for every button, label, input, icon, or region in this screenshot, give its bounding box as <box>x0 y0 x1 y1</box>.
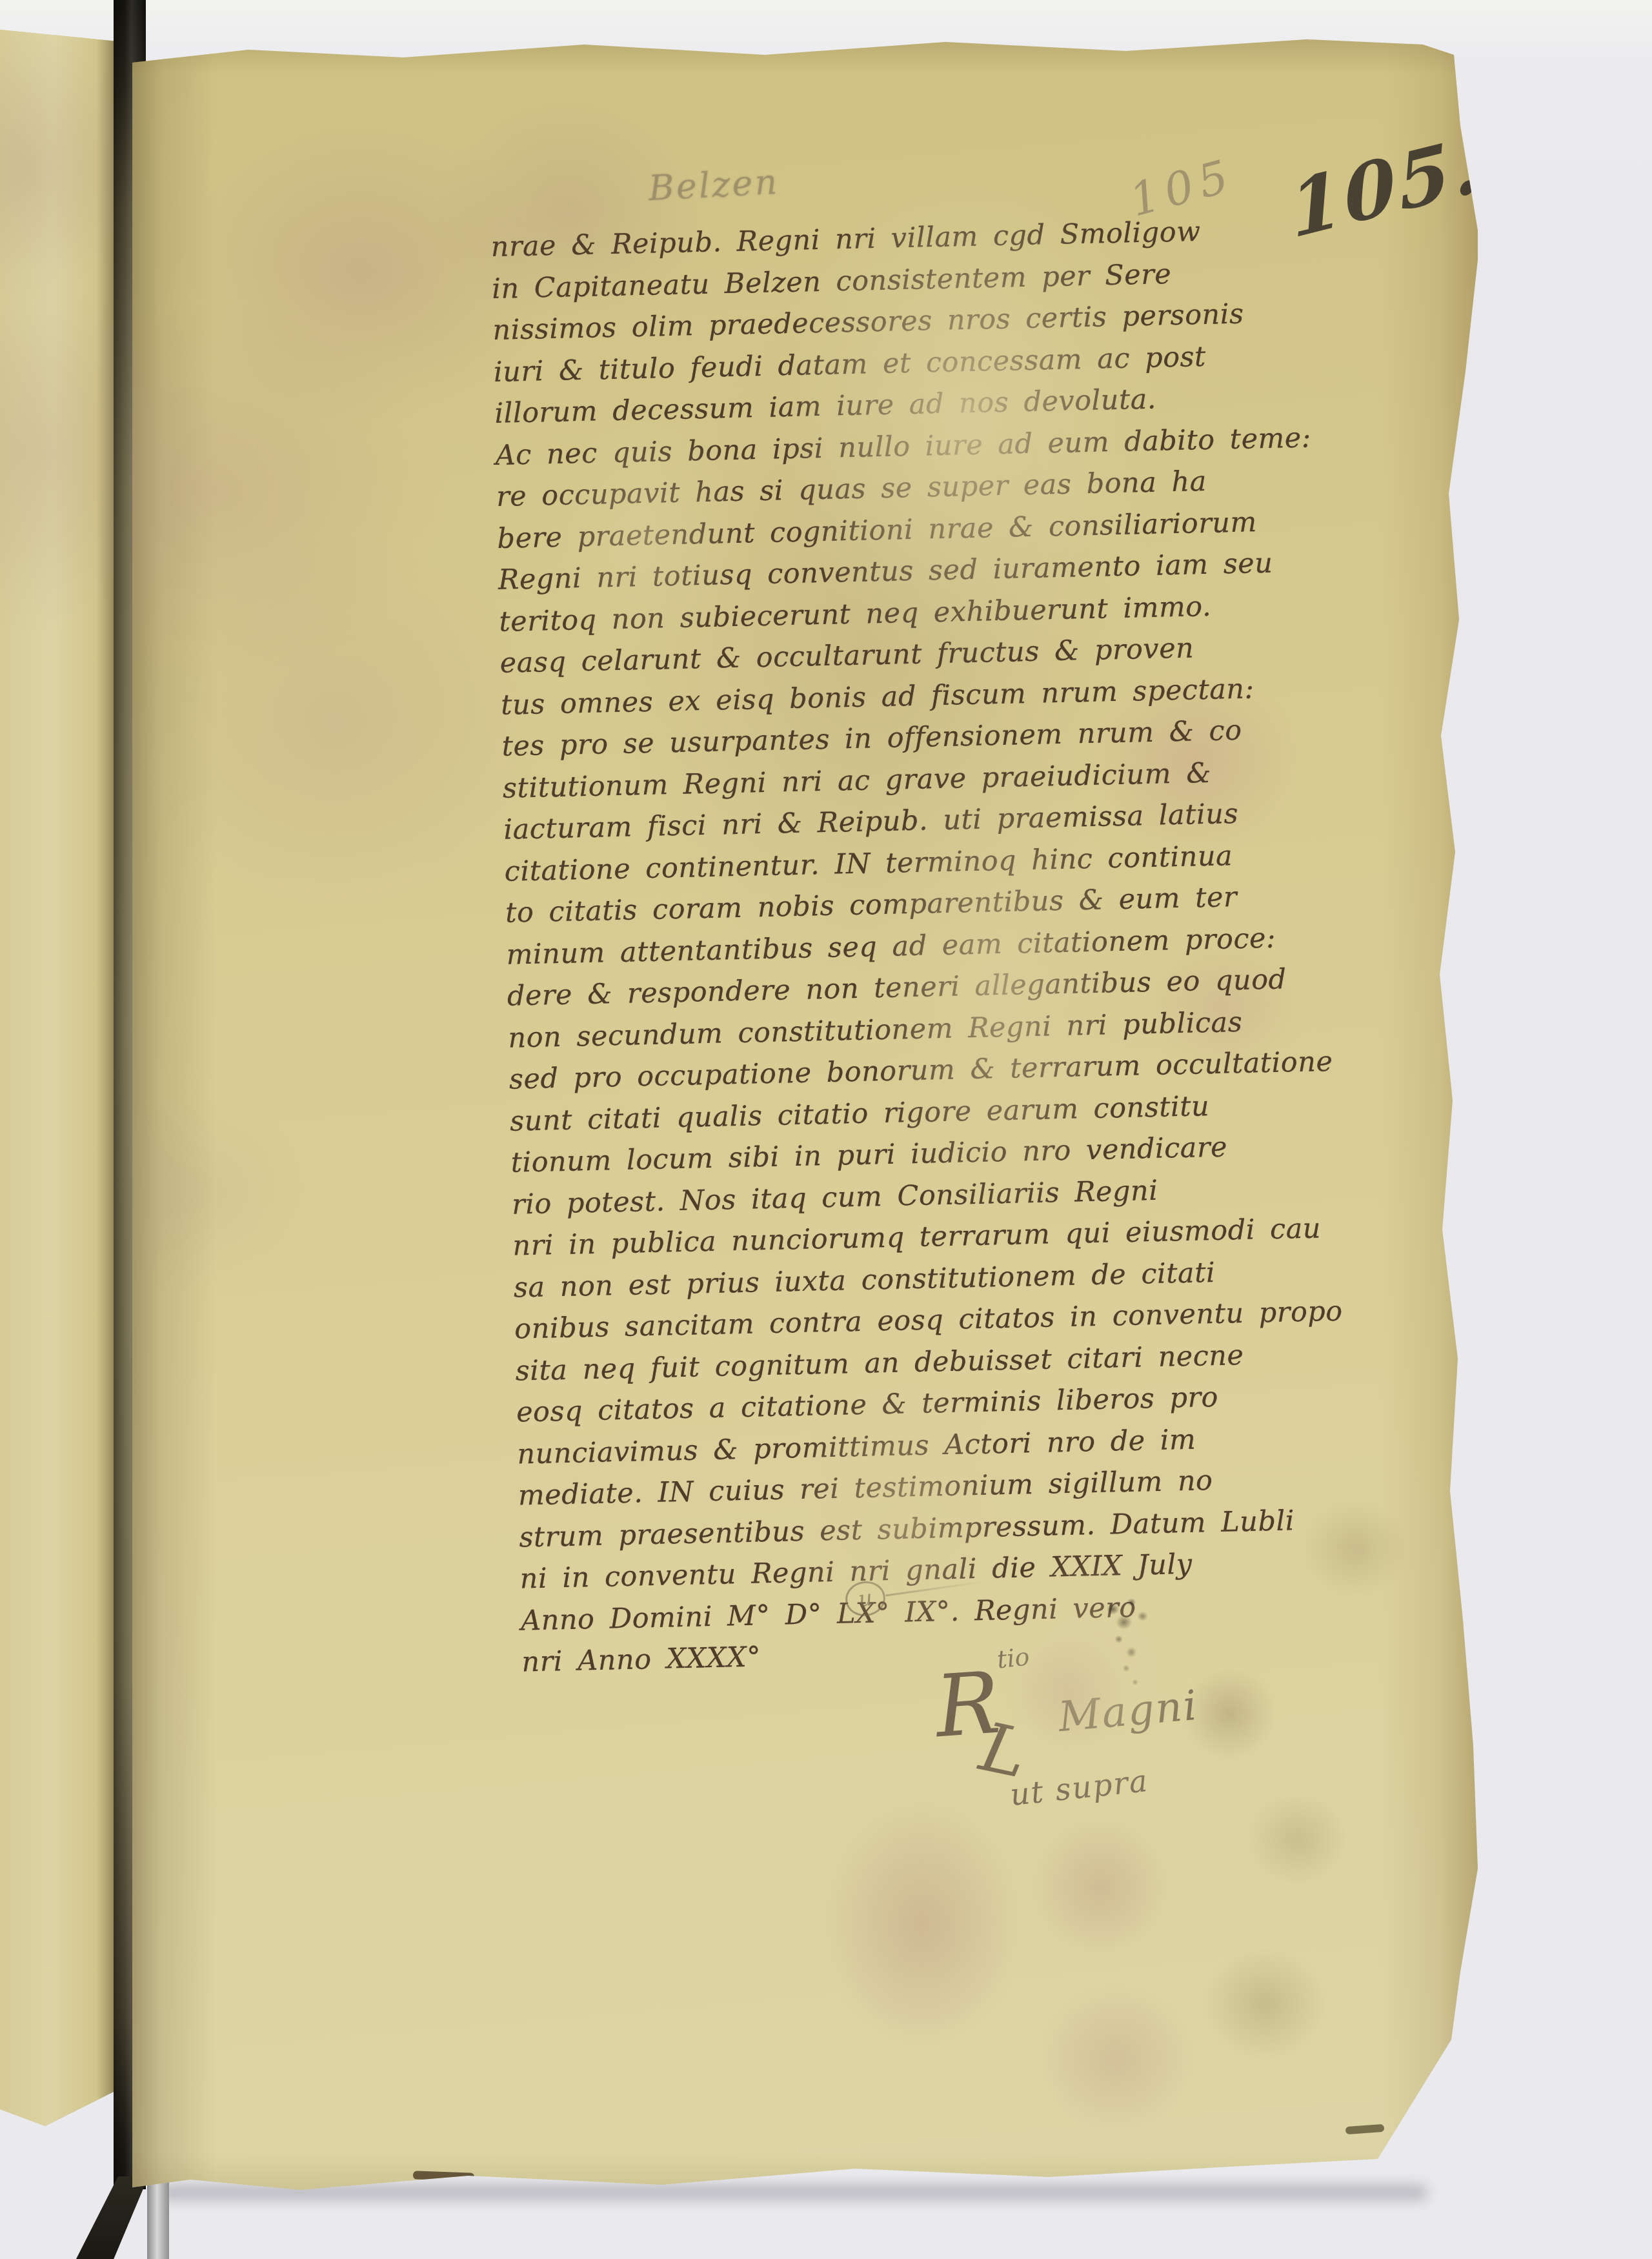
signature-note: ut supra <box>1009 1763 1151 1813</box>
binding-rod-dark <box>76 2176 148 2259</box>
page-header-faded: Belzen <box>647 161 780 208</box>
manuscript-page: Belzen 105 105. nrae & Reipub. Regni nri… <box>132 35 1478 2207</box>
manuscript-scan: Belzen 105 105. nrae & Reipub. Regni nri… <box>0 0 1652 2259</box>
binding-rod-metal <box>147 2178 169 2259</box>
ink-spatter-blot <box>1091 1594 1165 1694</box>
folio-number-ink: 105. <box>1285 118 1485 256</box>
page-bottom-shadow <box>161 2185 1426 2200</box>
bottom-edge-speck <box>1345 2124 1385 2134</box>
bottom-edge-speck <box>413 2171 474 2181</box>
manuscript-text-block: nrae & Reipub. Regni nri villam cgd Smol… <box>490 208 1351 1683</box>
signature-superscript: tio <box>996 1642 1031 1674</box>
previous-page-edge <box>0 0 117 2207</box>
